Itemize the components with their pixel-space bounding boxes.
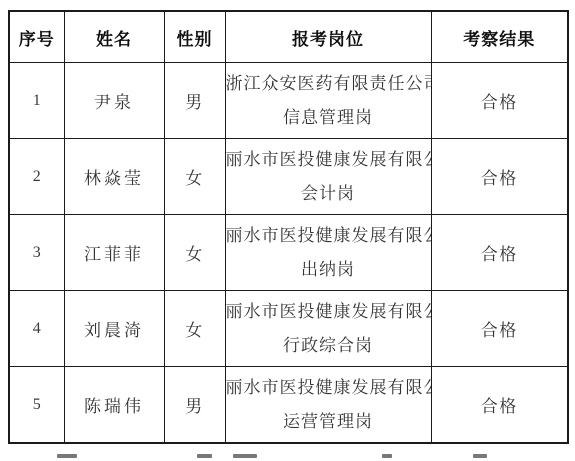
notice-page: 序号 姓名 性别 报考岗位 考察结果 1 尹泉 男 浙江众安医药有限责任公司 信… bbox=[0, 0, 575, 461]
cell-name: 尹泉 bbox=[64, 63, 164, 139]
header-row: 序号 姓名 性别 报考岗位 考察结果 bbox=[9, 11, 568, 63]
cutoff-text-line bbox=[0, 454, 575, 461]
position-job: 出纳岗 bbox=[226, 253, 431, 287]
table-row: 4 刘晨渏 女 丽水市医投健康发展有限公司 行政综合岗 合格 bbox=[9, 291, 568, 367]
position-job: 运营管理岗 bbox=[226, 405, 431, 439]
header-cell-gender: 性别 bbox=[164, 11, 225, 63]
cell-position: 丽水市医投健康发展有限公司 运营管理岗 bbox=[225, 367, 431, 444]
cell-name: 陈瑞伟 bbox=[64, 367, 164, 444]
cell-serial-number: 5 bbox=[9, 367, 64, 444]
results-table: 序号 姓名 性别 报考岗位 考察结果 1 尹泉 男 浙江众安医药有限责任公司 信… bbox=[8, 10, 569, 444]
cell-serial-number: 4 bbox=[9, 291, 64, 367]
cell-name: 刘晨渏 bbox=[64, 291, 164, 367]
cell-gender: 女 bbox=[164, 139, 225, 215]
cell-serial-number: 2 bbox=[9, 139, 64, 215]
cell-name: 江菲菲 bbox=[64, 215, 164, 291]
cutoff-glyph-fragment bbox=[233, 454, 257, 458]
cell-gender: 男 bbox=[164, 63, 225, 139]
position-company: 浙江众安医药有限责任公司 bbox=[226, 67, 431, 101]
cell-position: 丽水市医投健康发展有限公司 出纳岗 bbox=[225, 215, 431, 291]
position-job: 行政综合岗 bbox=[226, 329, 431, 363]
header-cell-name: 姓名 bbox=[64, 11, 164, 63]
cutoff-glyph-fragment bbox=[382, 454, 392, 458]
cell-result: 合格 bbox=[431, 139, 568, 215]
cell-position: 丽水市医投健康发展有限公司 会计岗 bbox=[225, 139, 431, 215]
cell-gender: 女 bbox=[164, 291, 225, 367]
cell-gender: 男 bbox=[164, 367, 225, 444]
cell-gender: 女 bbox=[164, 215, 225, 291]
header-cell-result: 考察结果 bbox=[431, 11, 568, 63]
cell-result: 合格 bbox=[431, 291, 568, 367]
table-row: 2 林焱莹 女 丽水市医投健康发展有限公司 会计岗 合格 bbox=[9, 139, 568, 215]
cutoff-glyph-fragment bbox=[197, 454, 212, 458]
table-body: 1 尹泉 男 浙江众安医药有限责任公司 信息管理岗 合格 2 林焱莹 女 丽水市… bbox=[9, 63, 568, 444]
cutoff-glyph-fragment bbox=[57, 454, 77, 458]
position-company: 丽水市医投健康发展有限公司 bbox=[226, 295, 431, 329]
cell-result: 合格 bbox=[431, 63, 568, 139]
position-company: 丽水市医投健康发展有限公司 bbox=[226, 371, 431, 405]
cutoff-glyph-fragment bbox=[473, 454, 487, 458]
cell-serial-number: 1 bbox=[9, 63, 64, 139]
cell-position: 浙江众安医药有限责任公司 信息管理岗 bbox=[225, 63, 431, 139]
position-job: 信息管理岗 bbox=[226, 101, 431, 135]
cell-position: 丽水市医投健康发展有限公司 行政综合岗 bbox=[225, 291, 431, 367]
cell-result: 合格 bbox=[431, 215, 568, 291]
position-company: 丽水市医投健康发展有限公司 bbox=[226, 143, 431, 177]
header-cell-position: 报考岗位 bbox=[225, 11, 431, 63]
cell-name: 林焱莹 bbox=[64, 139, 164, 215]
position-job: 会计岗 bbox=[226, 177, 431, 211]
position-company: 丽水市医投健康发展有限公司 bbox=[226, 219, 431, 253]
cell-result: 合格 bbox=[431, 367, 568, 444]
table-row: 5 陈瑞伟 男 丽水市医投健康发展有限公司 运营管理岗 合格 bbox=[9, 367, 568, 444]
table-row: 3 江菲菲 女 丽水市医投健康发展有限公司 出纳岗 合格 bbox=[9, 215, 568, 291]
header-cell-no: 序号 bbox=[9, 11, 64, 63]
cell-serial-number: 3 bbox=[9, 215, 64, 291]
table-row: 1 尹泉 男 浙江众安医药有限责任公司 信息管理岗 合格 bbox=[9, 63, 568, 139]
